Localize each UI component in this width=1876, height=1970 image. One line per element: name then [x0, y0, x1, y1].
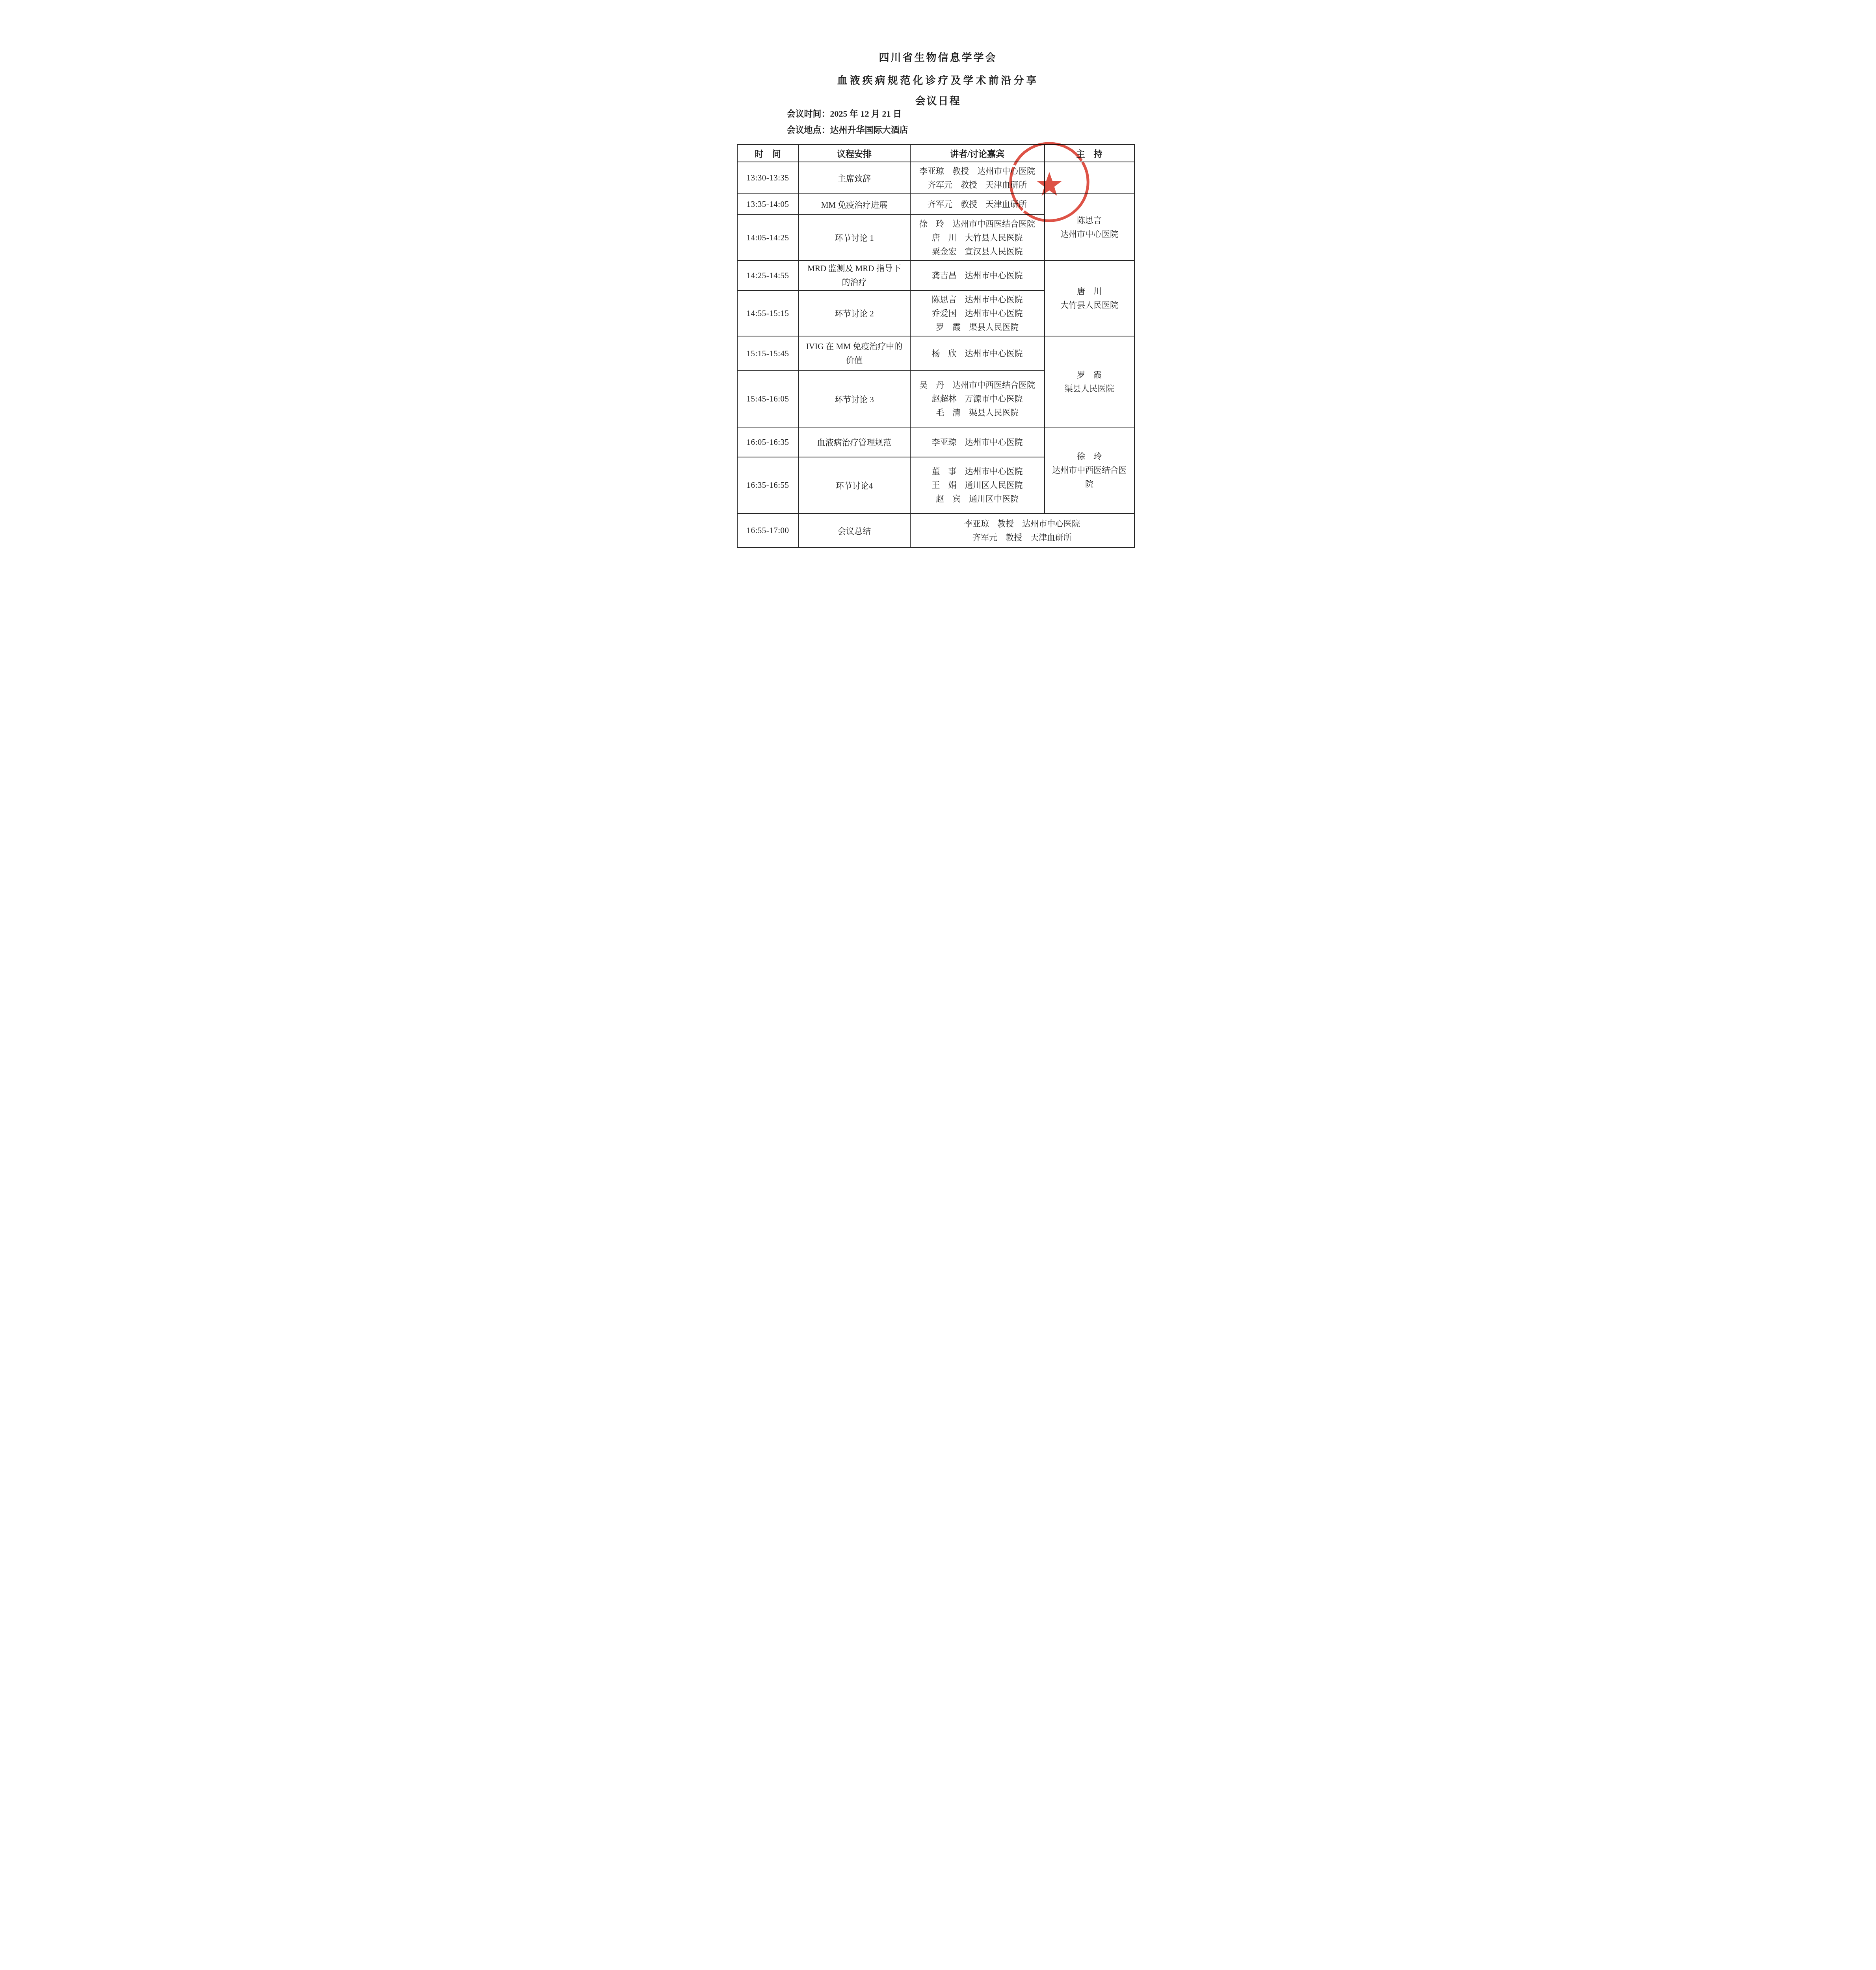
- table-row: 16:05-16:35 血液病治疗管理规范 李亚琼 达州市中心医院 徐 玲 达州…: [737, 427, 1134, 457]
- header-host: 主 持: [1045, 145, 1134, 162]
- cell-time: 16:35-16:55: [737, 457, 799, 513]
- cell-speakers: 齐军元 教授 天津血研所: [910, 194, 1045, 215]
- meeting-venue-line: 会议地点：达州升华国际大酒店: [787, 123, 908, 136]
- cell-time: 15:15-15:45: [737, 336, 799, 371]
- cell-agenda: MRD 监测及 MRD 指导下 的治疗: [799, 260, 910, 290]
- cell-speakers: 龚吉昌 达州市中心医院: [910, 260, 1045, 290]
- table-row: 16:55-17:00 会议总结 李亚琼 教授 达州市中心医院 齐军元 教授 天…: [737, 513, 1134, 548]
- header-speakers: 讲者/讨论嘉宾: [910, 145, 1045, 162]
- cell-agenda: 血液病治疗管理规范: [799, 427, 910, 457]
- cell-agenda: 环节讨论 2: [799, 290, 910, 336]
- meeting-time-label: 会议时间：: [787, 109, 830, 119]
- cell-speakers: 吴 丹 达州市中西医结合医院 赵超林 万源市中心医院 毛 清 渠县人民医院: [910, 371, 1045, 427]
- meeting-venue-label: 会议地点：: [787, 125, 830, 135]
- cell-time: 13:30-13:35: [737, 162, 799, 194]
- table-row: 13:35-14:05 MM 免疫治疗进展 齐军元 教授 天津血研所 陈思言 达…: [737, 194, 1134, 215]
- header-time: 时 间: [737, 145, 799, 162]
- cell-host-merged: 徐 玲 达州市中西医结合医 院: [1045, 427, 1134, 513]
- cell-speakers-merged: 李亚琼 教授 达州市中心医院 齐军元 教授 天津血研所: [910, 513, 1134, 548]
- cell-time: 14:55-15:15: [737, 290, 799, 336]
- cell-host-merged: 陈思言 达州市中心医院: [1045, 194, 1134, 260]
- cell-host-merged: 罗 霞 渠县人民医院: [1045, 336, 1134, 427]
- cell-agenda: 环节讨论4: [799, 457, 910, 513]
- scanned-agenda-page: 四川省生物信息学学会 血液疾病规范化诊疗及学术前沿分享 会议日程 会议时间：20…: [721, 0, 1155, 613]
- cell-speakers: 陈思言 达州市中心医院 乔爱国 达州市中心医院 罗 霞 渠县人民医院: [910, 290, 1045, 336]
- agenda-table: 时 间 议程安排 讲者/讨论嘉宾 主 持 13:30-13:35 主席致辞 李亚…: [737, 144, 1135, 548]
- page-title: 会议日程: [721, 93, 1155, 108]
- cell-agenda: 会议总结: [799, 513, 910, 548]
- cell-speakers: 董 事 达州市中心医院 王 娟 通川区人民医院 赵 宾 通川区中医院: [910, 457, 1045, 513]
- cell-host: [1045, 162, 1134, 194]
- meeting-venue-value: 达州升华国际大酒店: [830, 125, 908, 135]
- org-title: 四川省生物信息学学会: [721, 50, 1155, 64]
- cell-time: 13:35-14:05: [737, 194, 799, 215]
- cell-speakers: 李亚琼 达州市中心医院: [910, 427, 1045, 457]
- cell-agenda: 主席致辞: [799, 162, 910, 194]
- cell-time: 16:55-17:00: [737, 513, 799, 548]
- cell-speakers: 李亚琼 教授 达州市中心医院 齐军元 教授 天津血研所: [910, 162, 1045, 194]
- cell-host-merged: 唐 川 大竹县人民医院: [1045, 260, 1134, 336]
- header-agenda: 议程安排: [799, 145, 910, 162]
- cell-speakers: 杨 欣 达州市中心医院: [910, 336, 1045, 371]
- table-row: 14:25-14:55 MRD 监测及 MRD 指导下 的治疗 龚吉昌 达州市中…: [737, 260, 1134, 290]
- cell-speakers: 徐 玲 达州市中西医结合医院 唐 川 大竹县人民医院 粟金宏 宣汉县人民医院: [910, 215, 1045, 260]
- meeting-time-line: 会议时间：2025 年 12 月 21 日: [787, 107, 902, 119]
- cell-agenda: MM 免疫治疗进展: [799, 194, 910, 215]
- table-header-row: 时 间 议程安排 讲者/讨论嘉宾 主 持: [737, 145, 1134, 162]
- event-title: 血液疾病规范化诊疗及学术前沿分享: [721, 72, 1155, 87]
- meeting-time-value: 2025 年 12 月 21 日: [830, 109, 902, 119]
- cell-agenda: 环节讨论 1: [799, 215, 910, 260]
- table-row: 15:15-15:45 IVIG 在 MM 免疫治疗中的 价值 杨 欣 达州市中…: [737, 336, 1134, 371]
- cell-time: 16:05-16:35: [737, 427, 799, 457]
- cell-agenda: 环节讨论 3: [799, 371, 910, 427]
- cell-time: 14:25-14:55: [737, 260, 799, 290]
- table-row: 13:30-13:35 主席致辞 李亚琼 教授 达州市中心医院 齐军元 教授 天…: [737, 162, 1134, 194]
- cell-agenda: IVIG 在 MM 免疫治疗中的 价值: [799, 336, 910, 371]
- cell-time: 14:05-14:25: [737, 215, 799, 260]
- cell-time: 15:45-16:05: [737, 371, 799, 427]
